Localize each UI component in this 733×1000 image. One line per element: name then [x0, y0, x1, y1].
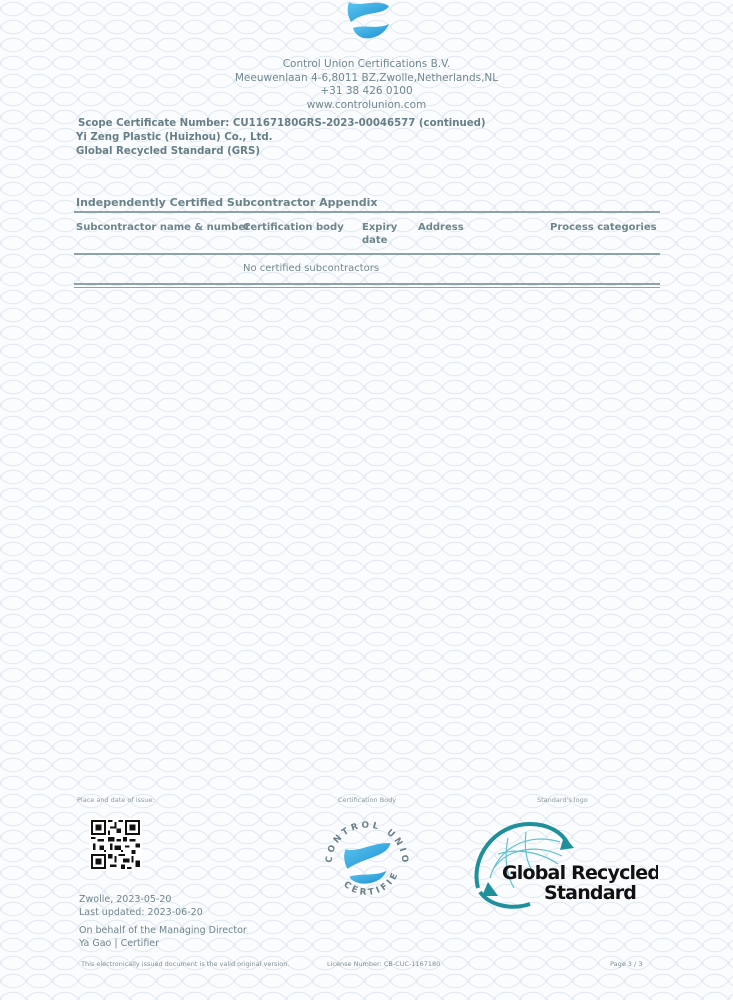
license-number: License Number: CB-CUC-1167180 [327, 960, 440, 968]
grs-logo-line2: Standard [544, 882, 636, 904]
control-union-logo [345, 0, 393, 40]
qr-code[interactable] [89, 818, 142, 871]
column-header-expiry-date: Expiry date [362, 222, 398, 247]
issuer-address: Meeuwenlaan 4-6,8011 BZ,Zwolle,Netherlan… [0, 72, 733, 86]
issue-place-date: Zwolle, 2023-05-20 [79, 894, 203, 907]
electronic-notice: This electronically issued document is t… [81, 960, 289, 968]
grs-logo-line1: Global Recycled [502, 862, 658, 884]
scope-block: Scope Certificate Number: CU1167180GRS-2… [76, 117, 486, 159]
issue-info: Zwolle, 2023-05-20 Last updated: 2023-06… [79, 894, 203, 919]
column-header-subcontractor: Subcontractor name & number [76, 222, 250, 235]
divider [74, 253, 660, 255]
divider [74, 283, 660, 285]
place-date-label: Place and date of issue: [77, 796, 155, 804]
issuer-name: Control Union Certifications B.V. [0, 58, 733, 72]
page-number: Page 3 / 3 [610, 960, 642, 968]
on-behalf-text: On behalf of the Managing Director [79, 924, 247, 937]
divider [74, 287, 660, 288]
column-header-process-categories: Process categories [550, 222, 657, 235]
column-header-address: Address [418, 222, 464, 235]
certificate-number: Scope Certificate Number: CU1167180GRS-2… [76, 117, 486, 131]
divider [74, 211, 660, 213]
global-recycled-standard-logo: Global Recycled Standard [468, 818, 658, 910]
signatory-block: On behalf of the Managing Director Ya Ga… [79, 924, 247, 950]
last-updated: Last updated: 2023-06-20 [79, 907, 203, 920]
standard-name: Global Recycled Standard (GRS) [76, 145, 486, 159]
appendix-title: Independently Certified Subcontractor Ap… [76, 196, 377, 209]
control-union-certified-seal: CONTROL UNION CERTIFIED [318, 812, 416, 910]
column-header-certification-body: Certification body [243, 222, 344, 235]
issuer-header: Control Union Certifications B.V. Meeuwe… [0, 58, 733, 112]
empty-table-message: No certified subcontractors [243, 263, 379, 274]
company-name: Yi Zeng Plastic (Huizhou) Co., Ltd. [76, 131, 486, 145]
signatory-name: Ya Gao | Certifier [79, 937, 247, 950]
issuer-website[interactable]: www.controlunion.com [0, 99, 733, 113]
certification-body-label: Certification Body [338, 796, 396, 804]
standard-logo-label: Standard's logo [537, 796, 588, 804]
issuer-phone: +31 38 426 0100 [0, 85, 733, 99]
